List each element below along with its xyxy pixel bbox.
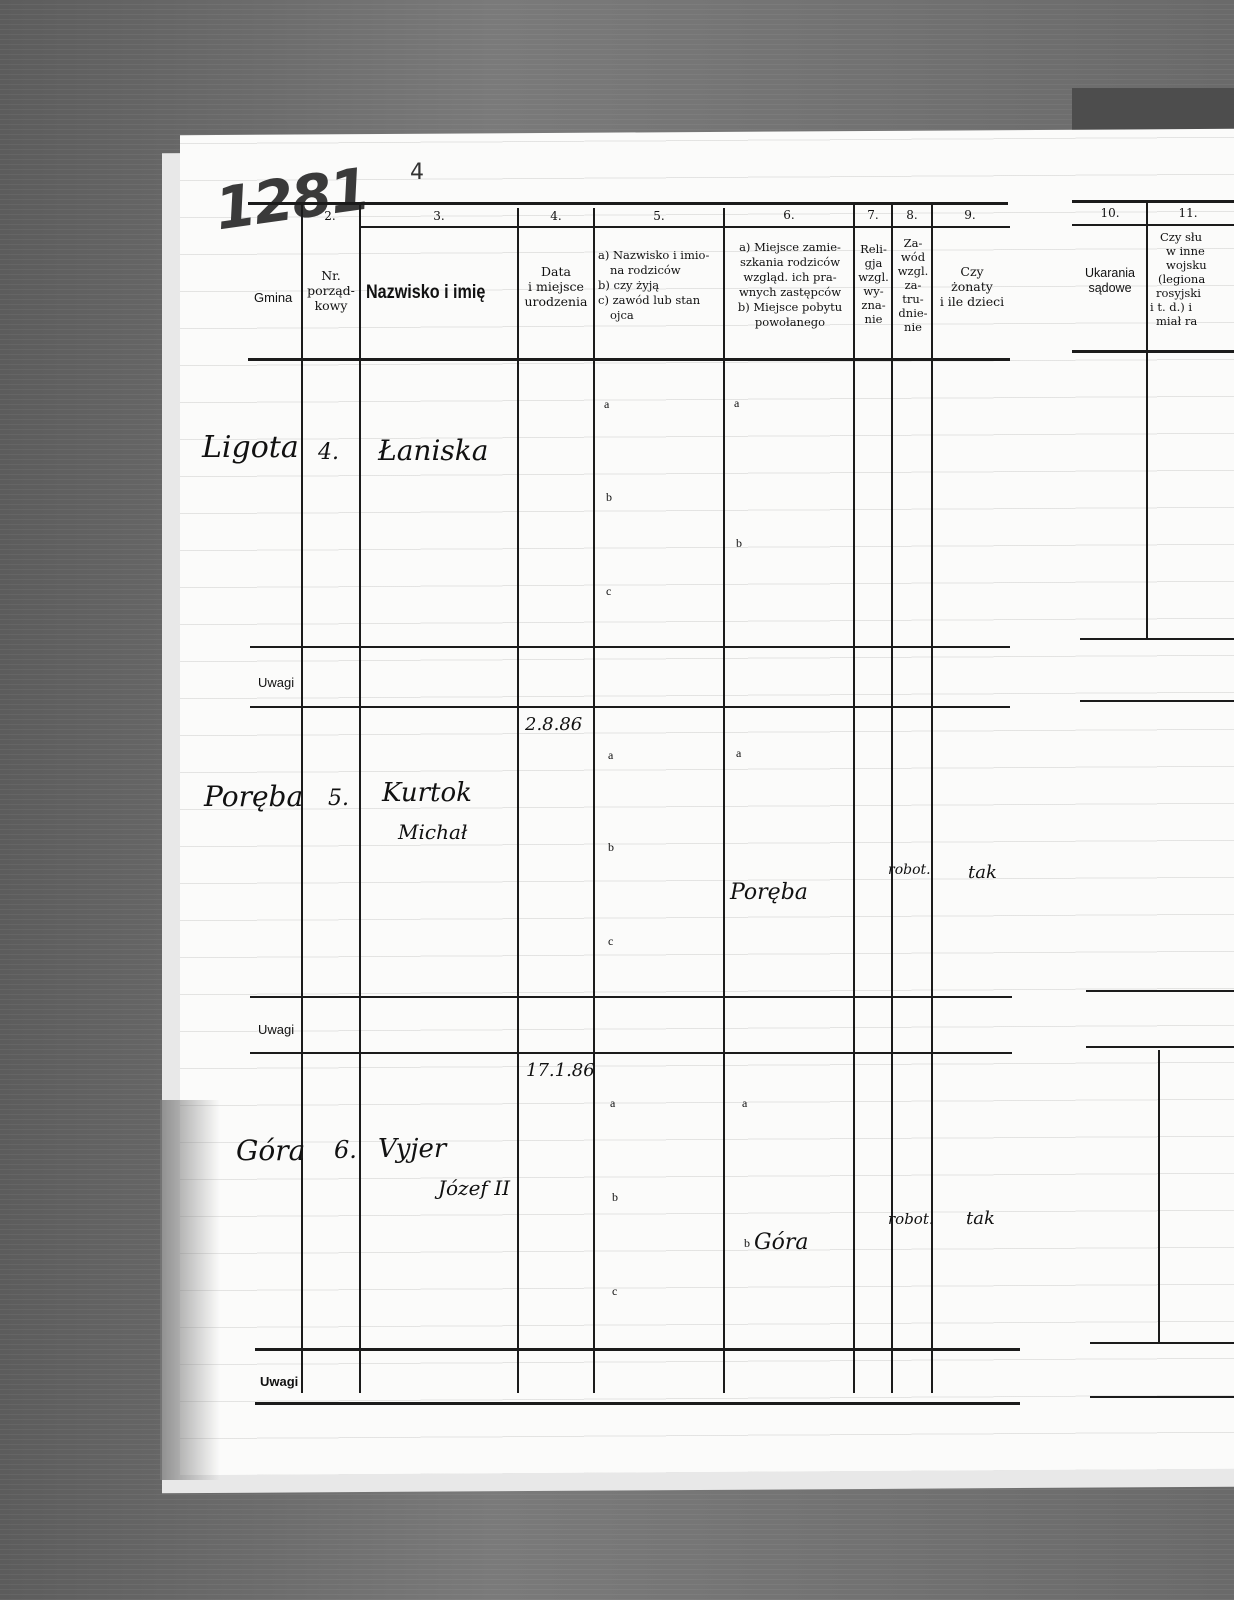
sublabel-a: a (734, 396, 739, 411)
header-date-line: urodzenia (518, 294, 594, 309)
sublabel-a: a (604, 397, 609, 412)
entry-residence: Góra (754, 1230, 808, 1255)
book-edge (1072, 88, 1234, 130)
header-top-rule (248, 202, 1008, 205)
entry-gmina: Poręba (204, 780, 303, 813)
entry-residence: Poręba (730, 880, 808, 905)
page-shadow (160, 1100, 220, 1480)
header-nr-line: porząd- (302, 283, 360, 298)
col-divider-right (1158, 1050, 1160, 1342)
header-date-line: Data (518, 264, 594, 279)
col-divider (359, 205, 361, 1393)
colnum-5: 5. (594, 209, 724, 223)
entry-number: 4. (318, 440, 339, 465)
header-parents-line: ojca (598, 308, 724, 323)
header-nr: Nr. porząd- kowy (302, 268, 360, 313)
entry-rule-right (1090, 1342, 1234, 1344)
header-occupation-line: tru- (893, 292, 933, 306)
header-occupation-line: wzgl. (893, 264, 933, 278)
header-married: Czy żonaty i ile dzieci (934, 264, 1010, 309)
remarks-rule-right (1086, 1046, 1234, 1048)
header-residence-line: b) Miejsce pobytu (726, 300, 854, 315)
sublabel-c: c (612, 1284, 617, 1299)
header-service-line: i t. d.) i (1150, 300, 1234, 314)
pencil-page-mark: 4 (410, 160, 424, 185)
entry-rule (250, 996, 1012, 998)
header-religion-line: nie (855, 312, 892, 326)
remarks-rule-right (1080, 700, 1234, 702)
header-residence: a) Miejsce zamie- szkania rodziców wzglą… (726, 240, 854, 330)
entry-surname: Łaniska (378, 434, 488, 467)
header-religion-line: Reli- (855, 242, 892, 256)
entry-occupation: robot. (888, 1210, 934, 1228)
sublabel-b: b (612, 1190, 618, 1205)
header-name: Nazwisko i imię (366, 282, 485, 304)
sublabel-c: c (606, 584, 611, 599)
colnum-rule-right (1072, 224, 1234, 226)
header-nr-line: kowy (302, 298, 360, 313)
entry-gmina: Ligota (202, 430, 299, 465)
entry-rule (250, 646, 1010, 648)
colnum-7: 7. (854, 208, 892, 222)
col-divider (593, 208, 595, 1393)
entry-married: tak (968, 862, 997, 883)
header-parents-line: c) zawód lub stan (598, 293, 724, 308)
remarks-label: Uwagi (260, 1374, 298, 1389)
header-residence-line: szkania rodziców (726, 255, 854, 270)
entry-birth-date: 2.8.86 (525, 714, 582, 735)
sublabel-b: b (744, 1236, 750, 1251)
remarks-rule-right (1090, 1396, 1234, 1398)
colnum-6: 6. (724, 208, 854, 222)
sublabel-a: a (736, 746, 741, 761)
header-parents-line: a) Nazwisko i imio- (598, 248, 724, 263)
header-convictions-line: Ukarania (1072, 266, 1148, 281)
header-residence-line: wzgląd. ich pra- (726, 270, 854, 285)
colnum-2: 2. (300, 209, 360, 223)
entry-surname: Kurtok (382, 778, 472, 808)
header-date: Data i miejsce urodzenia (518, 264, 594, 309)
sublabel-b: b (608, 840, 614, 855)
colnum-3: 3. (360, 209, 518, 223)
header-religion-line: wzgl. (855, 270, 892, 284)
entry-number: 6. (334, 1136, 357, 1164)
header-nr-line: Nr. (302, 268, 360, 283)
colnum-rule (360, 226, 1010, 228)
header-married-line: Czy (934, 264, 1010, 279)
header-service-line: rosyjski (1150, 286, 1234, 300)
colnum-11: 11. (1148, 206, 1228, 220)
header-occupation-line: wód (893, 250, 933, 264)
header-religion-line: gja (855, 256, 892, 270)
header-residence-line: a) Miejsce zamie- (726, 240, 854, 255)
header-date-line: i miejsce (518, 279, 594, 294)
header-service-line: miał ra (1150, 314, 1234, 328)
header-occupation: Za- wód wzgl. za- tru- dnie- nie (893, 236, 933, 334)
header-occupation-line: Za- (893, 236, 933, 250)
header-convictions: Ukarania sądowe (1072, 266, 1148, 296)
header-religion: Reli- gja wzgl. wy- zna- nie (855, 242, 892, 326)
col-divider (517, 208, 519, 1393)
col-divider (723, 208, 725, 1393)
entry-rule-right (1080, 638, 1234, 640)
entry-rule-right (1086, 990, 1234, 992)
header-religion-line: zna- (855, 298, 892, 312)
sublabel-c: c (608, 934, 613, 949)
colnum-8: 8. (892, 208, 932, 222)
header-married-line: i ile dzieci (934, 294, 1010, 309)
entry-given-name: Józef II (438, 1176, 510, 1200)
remarks-label: Uwagi (258, 675, 294, 690)
sublabel-b: b (606, 490, 612, 505)
entry-married: tak (966, 1208, 995, 1229)
entry-gmina: Góra (236, 1134, 305, 1167)
sublabel-a: a (742, 1096, 747, 1111)
entry-surname: Vyjer (378, 1134, 446, 1164)
entry-birth-date: 17.1.86 (526, 1060, 595, 1081)
header-bottom-rule-right (1072, 350, 1234, 353)
header-residence-line: wnych zastępców (726, 285, 854, 300)
remarks-label: Uwagi (258, 1022, 294, 1037)
header-service-line: Czy słu (1150, 230, 1234, 244)
remarks-rule (250, 1052, 1012, 1054)
header-religion-line: wy- (855, 284, 892, 298)
header-service-line: (legiona (1150, 272, 1234, 286)
header-occupation-line: nie (893, 320, 933, 334)
header-married-line: żonaty (934, 279, 1010, 294)
entry-given-name: Michał (398, 820, 467, 844)
header-bottom-rule (248, 358, 1010, 361)
header-service-line: wojsku (1150, 258, 1234, 272)
sublabel-a: a (608, 748, 613, 763)
header-service: Czy słu w inne wojsku (legiona rosyjski … (1150, 230, 1234, 328)
entry-rule (255, 1348, 1020, 1351)
colnum-10: 10. (1072, 206, 1148, 220)
header-residence-line: powołanego (726, 315, 854, 330)
remarks-rule (255, 1402, 1020, 1405)
entry-number: 5. (328, 786, 349, 811)
header-convictions-line: sądowe (1072, 281, 1148, 296)
header-occupation-line: dnie- (893, 306, 933, 320)
entry-occupation: robot. (888, 862, 931, 878)
header-occupation-line: za- (893, 278, 933, 292)
remarks-rule (250, 706, 1010, 708)
col-divider (853, 205, 855, 1393)
colnum-4: 4. (518, 209, 594, 223)
header-parents: a) Nazwisko i imio- na rodziców b) czy ż… (598, 248, 724, 323)
header-parents-line: na rodziców (598, 263, 724, 278)
sublabel-a: a (610, 1096, 615, 1111)
header-parents-line: b) czy żyją (598, 278, 724, 293)
header-top-rule-right (1072, 200, 1234, 203)
header-gmina: Gmina (254, 290, 292, 305)
colnum-9: 9. (932, 208, 1008, 222)
header-service-line: w inne (1150, 244, 1234, 258)
sublabel-b: b (736, 536, 742, 551)
col-divider-right (1146, 203, 1148, 639)
